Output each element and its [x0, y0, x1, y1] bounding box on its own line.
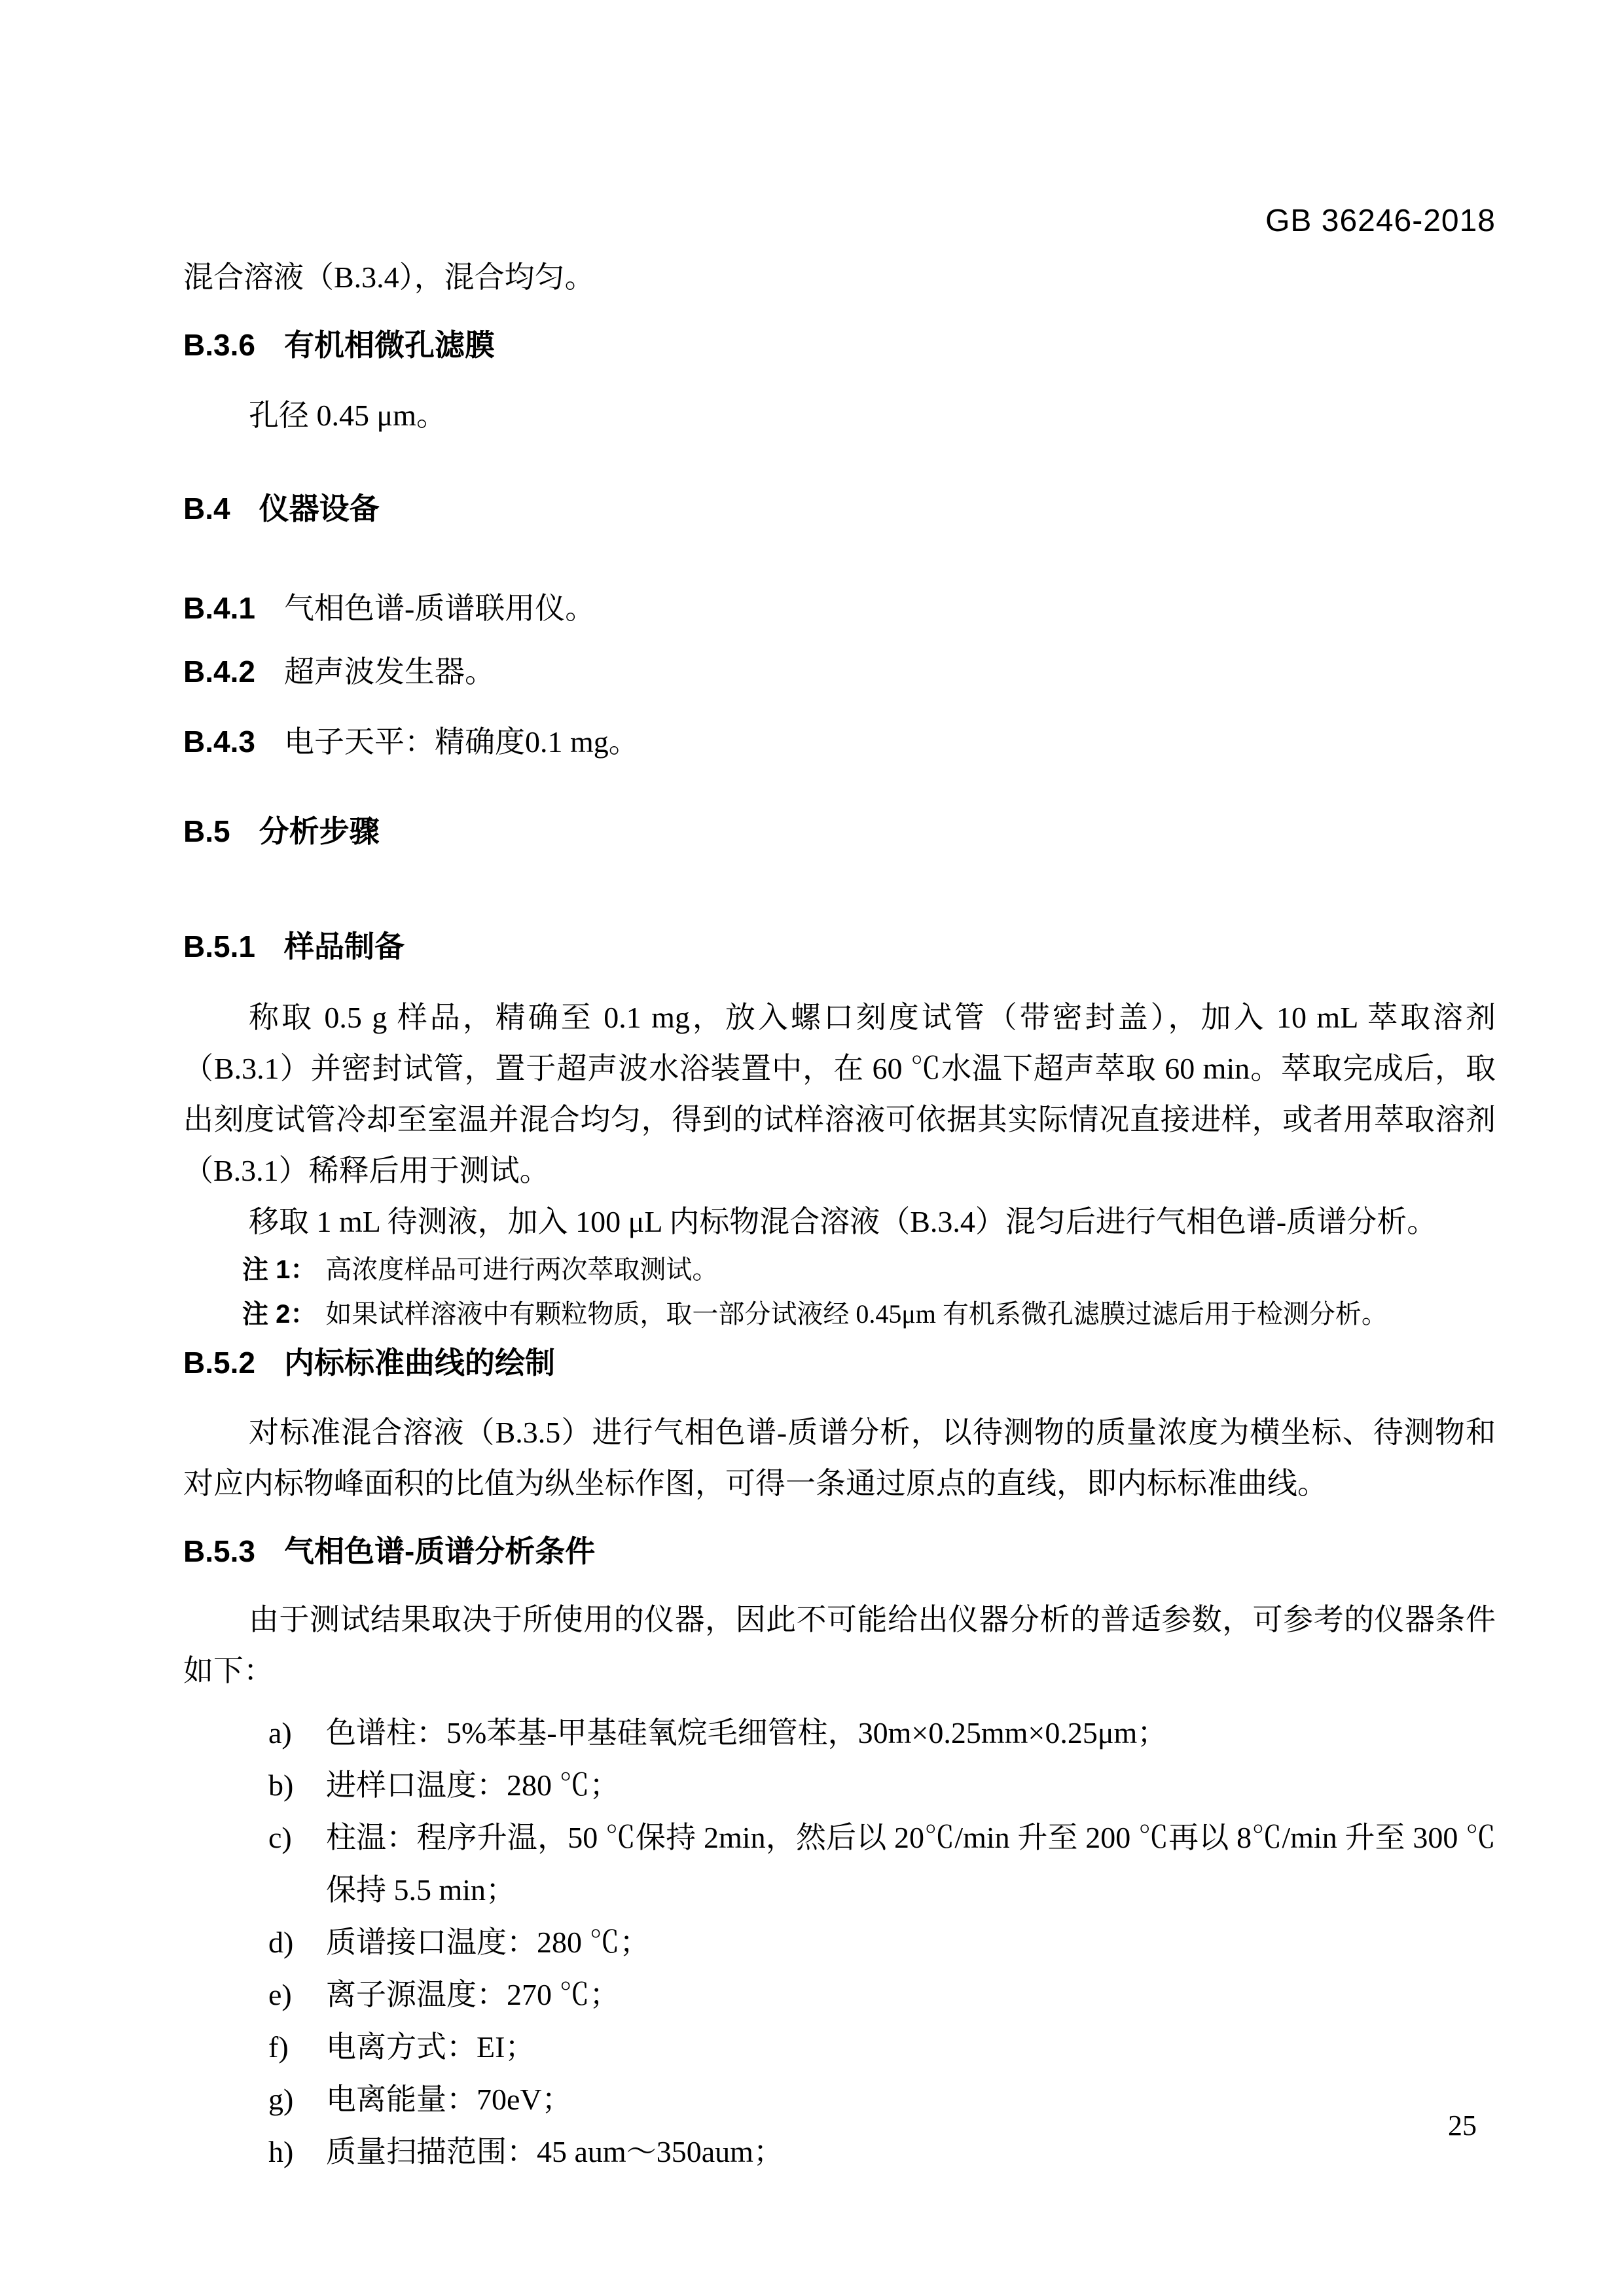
condition-item-g: g)电离能量：70eV；	[326, 2073, 1496, 2126]
condition-letter: b)	[268, 1759, 293, 1812]
condition-item-a: a)色谱柱：5%苯基-甲基硅氧烷毛细管柱，30m×0.25mm×0.25μm；	[326, 1707, 1496, 1759]
pore-size-text: 孔径 0.45 μm。	[183, 397, 1496, 435]
condition-text: 进样口温度：280 ℃；	[326, 1768, 620, 1802]
clause-number: B.5	[183, 814, 230, 848]
condition-item-b: b)进样口温度：280 ℃；	[326, 1759, 1496, 1812]
clause-number: B.4	[183, 492, 230, 526]
condition-text: 质谱接口温度：280 ℃；	[326, 1926, 650, 1959]
note-text: 如果试样溶液中有颗粒物质，取一部分试液经 0.45μm 有机系微孔滤膜过滤后用于…	[325, 1299, 1388, 1329]
analysis-conditions-list: a)色谱柱：5%苯基-甲基硅氧烷毛细管柱，30m×0.25mm×0.25μm； …	[183, 1707, 1496, 2178]
clause-number: B.5.1	[183, 929, 255, 963]
conditions-intro-paragraph: 由于测试结果取决于所使用的仪器，因此不可能给出仪器分析的普适参数，可参考的仪器条…	[183, 1594, 1496, 1696]
condition-text: 离子源温度：270 ℃；	[326, 1978, 620, 2011]
clause-b4-1: B.4.1气相色谱-质谱联用仪。	[183, 589, 1496, 628]
clause-text: 超声波发生器。	[284, 655, 495, 689]
heading-b5-1: B.5.1样品制备	[183, 927, 1496, 965]
pipetting-paragraph: 移取 1 mL 待测液，加入 100 μL 内标物混合溶液（B.3.4）混匀后进…	[183, 1196, 1496, 1247]
clause-title: 仪器设备	[259, 492, 380, 526]
intro-continuation-text: 混合溶液（B.3.4），混合均匀。	[183, 259, 1496, 296]
condition-text: 色谱柱：5%苯基-甲基硅氧烷毛细管柱，30m×0.25mm×0.25μm；	[326, 1716, 1167, 1749]
clause-number: B.5.3	[183, 1534, 255, 1568]
condition-item-e: e)离子源温度：270 ℃；	[326, 1969, 1496, 2021]
standard-code-header: GB 36246-2018	[1265, 203, 1496, 240]
heading-b5: B.5分析步骤	[183, 812, 1496, 850]
condition-letter: h)	[268, 2126, 293, 2178]
condition-letter: c)	[268, 1812, 292, 1864]
note-1: 注 1：高浓度样品可进行两次萃取测试。	[183, 1247, 1496, 1292]
clause-title: 内标标准曲线的绘制	[284, 1346, 555, 1380]
clause-title: 有机相微孔滤膜	[284, 328, 495, 362]
document-page: GB 36246-2018 混合溶液（B.3.4），混合均匀。 B.3.6有机相…	[0, 0, 1624, 2296]
condition-item-h: h)质量扫描范围：45 aum～350aum；	[326, 2126, 1496, 2178]
condition-item-c: c)柱温：程序升温，50 ℃保持 2min，然后以 20℃/min 升至 200…	[326, 1812, 1496, 1916]
clause-title: 样品制备	[284, 929, 405, 963]
clause-title: 气相色谱-质谱分析条件	[284, 1534, 595, 1568]
clause-number: B.3.6	[183, 328, 255, 362]
condition-item-f: f)电离方式：EI；	[326, 2021, 1496, 2073]
condition-letter: f)	[268, 2021, 289, 2073]
page-number: 25	[1448, 2109, 1477, 2143]
heading-b5-3: B.5.3气相色谱-质谱分析条件	[183, 1532, 1496, 1570]
condition-text: 柱温：程序升温，50 ℃保持 2min，然后以 20℃/min 升至 200 ℃…	[326, 1821, 1496, 1907]
condition-text: 电离能量：70eV；	[326, 2083, 572, 2116]
clause-text: 气相色谱-质谱联用仪。	[284, 592, 595, 625]
clause-b4-3: B.4.3电子天平：精确度0.1 mg。	[183, 723, 1496, 761]
heading-b4: B.4仪器设备	[183, 490, 1496, 528]
note-text: 高浓度样品可进行两次萃取测试。	[325, 1255, 718, 1284]
clause-b4-2: B.4.2超声波发生器。	[183, 653, 1496, 691]
condition-text: 电离方式：EI；	[326, 2030, 535, 2064]
clause-number: B.4.3	[183, 725, 255, 759]
condition-letter: d)	[268, 1916, 293, 1969]
clause-number: B.4.1	[183, 591, 255, 625]
clause-number: B.4.2	[183, 655, 255, 689]
heading-b3-6: B.3.6有机相微孔滤膜	[183, 326, 1496, 364]
condition-letter: g)	[268, 2073, 293, 2126]
clause-text: 电子天平：精确度0.1 mg。	[284, 725, 639, 759]
calibration-curve-paragraph: 对标准混合溶液（B.3.5）进行气相色谱-质谱分析，以待测物的质量浓度为横坐标、…	[183, 1407, 1496, 1509]
sample-preparation-paragraph: 称取 0.5 g 样品，精确至 0.1 mg，放入螺口刻度试管（带密封盖），加入…	[183, 992, 1496, 1196]
clause-title: 分析步骤	[259, 814, 380, 848]
condition-letter: a)	[268, 1707, 292, 1759]
note-label: 注 2：	[242, 1300, 316, 1329]
heading-b5-2: B.5.2内标标准曲线的绘制	[183, 1344, 1496, 1382]
condition-item-d: d)质谱接口温度：280 ℃；	[326, 1916, 1496, 1969]
clause-number: B.5.2	[183, 1346, 255, 1380]
note-label: 注 1：	[242, 1255, 316, 1284]
condition-text: 质量扫描范围：45 aum～350aum；	[326, 2135, 784, 2168]
condition-letter: e)	[268, 1969, 292, 2021]
note-2: 注 2：如果试样溶液中有颗粒物质，取一部分试液经 0.45μm 有机系微孔滤膜过…	[183, 1292, 1496, 1336]
page-content: 混合溶液（B.3.4），混合均匀。 B.3.6有机相微孔滤膜 孔径 0.45 μ…	[0, 0, 1624, 2178]
